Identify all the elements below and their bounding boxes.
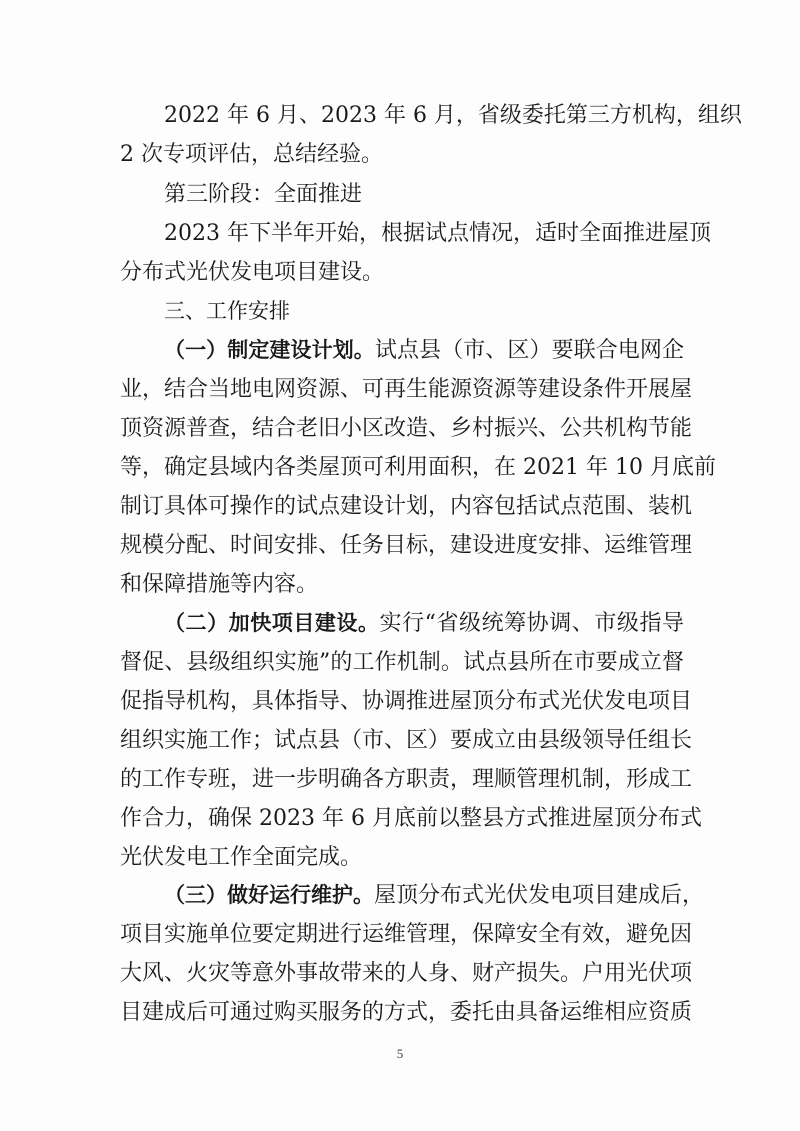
line-text: 2 次专项评估，总结经验。: [120, 142, 383, 167]
paragraph-line: 业，结合当地电网资源、可再生能源资源等建设条件开展屋: [120, 370, 684, 409]
subsection-title: （一）制定建设计划。: [164, 338, 375, 362]
paragraph-line: 大风、火灾等意外事故带来的人身、财产损失。户用光伏项: [120, 954, 684, 993]
paragraph-line: 目建成后可通过购买服务的方式，委托由具备运维相应资质: [120, 993, 684, 1032]
line-text: 屋顶分布式光伏发电项目建成后，: [374, 883, 704, 908]
line-text: 等，确定县域内各类屋顶可利用面积，在 2021 年 10 月底前: [120, 455, 716, 480]
line-text: 2022 年 6 月、2023 年 6 月，省级委托第三方机构，组织: [164, 103, 742, 128]
paragraph-line: 2023 年下半年开始，根据试点情况，适时全面推进屋顶: [164, 214, 684, 253]
line-text: 促指导机构，具体指导、协调推进屋顶分布式光伏发电项目: [120, 689, 692, 714]
line-text: 督促、县级组织实施”的工作机制。试点县所在市要成立督: [120, 650, 684, 675]
paragraph-line: 分布式光伏发电项目建设。: [120, 253, 684, 292]
paragraph-line: 促指导机构，具体指导、协调推进屋顶分布式光伏发电项目: [120, 682, 684, 721]
line-text: 项目实施单位要定期进行运维管理，保障安全有效，避免因: [120, 922, 692, 947]
line-text: 作合力，确保 2023 年 6 月底前以整县方式推进屋顶分布式: [120, 806, 702, 831]
line-text: 分布式光伏发电项目建设。: [120, 260, 384, 285]
document-page: 2022 年 6 月、2023 年 6 月，省级委托第三方机构，组织 2 次专项…: [0, 0, 800, 1131]
line-text: 的工作专班，进一步明确各方职责，理顺管理机制，形成工: [120, 767, 692, 792]
line-text: 光伏发电工作全面完成。: [120, 845, 362, 870]
line-text: 实行“省级统筹协调、市级指导: [380, 611, 684, 636]
line-text: 2023 年下半年开始，根据试点情况，适时全面推进屋顶: [164, 221, 711, 246]
line-text: 组织实施工作；试点县（市、区）要成立由县级领导任组长: [120, 728, 692, 753]
paragraph-line: 和保障措施等内容。: [120, 565, 684, 604]
paragraph-line: （三）做好运行维护。屋顶分布式光伏发电项目建成后，: [164, 876, 684, 915]
paragraph-line: 督促、县级组织实施”的工作机制。试点县所在市要成立督: [120, 643, 684, 682]
paragraph-line: 2 次专项评估，总结经验。: [120, 135, 684, 174]
subsection-title: （三）做好运行维护。: [164, 883, 374, 907]
line-text: 目建成后可通过购买服务的方式，委托由具备运维相应资质: [120, 1000, 692, 1025]
paragraph-line: （二）加快项目建设。实行“省级统筹协调、市级指导: [164, 604, 684, 643]
paragraph-line: 2022 年 6 月、2023 年 6 月，省级委托第三方机构，组织: [164, 96, 684, 135]
section-title: 三、工作安排: [164, 299, 290, 323]
paragraph-line: 制订具体可操作的试点建设计划，内容包括试点范围、装机: [120, 487, 684, 526]
line-text: 业，结合当地电网资源、可再生能源资源等建设条件开展屋: [120, 377, 692, 402]
stage-heading: 第三阶段：全面推进: [164, 175, 684, 214]
line-text: 大风、火灾等意外事故带来的人身、财产损失。户用光伏项: [120, 961, 692, 986]
paragraph-line: 项目实施单位要定期进行运维管理，保障安全有效，避免因: [120, 915, 684, 954]
line-text: 和保障措施等内容。: [120, 572, 318, 597]
paragraph-line: 组织实施工作；试点县（市、区）要成立由县级领导任组长: [120, 721, 684, 760]
line-text: 制订具体可操作的试点建设计划，内容包括试点范围、装机: [120, 494, 692, 519]
paragraph-line: 光伏发电工作全面完成。: [120, 838, 684, 877]
line-text: 顶资源普查，结合老旧小区改造、乡村振兴、公共机构节能: [120, 416, 692, 441]
subsection-title: （二）加快项目建设。: [164, 611, 380, 635]
line-text: 试点县（市、区）要联合电网企: [375, 338, 684, 363]
paragraph-line: 规模分配、时间安排、任务目标，建设进度安排、运维管理: [120, 526, 684, 565]
page-number: 5: [0, 1046, 800, 1062]
line-text: 第三阶段：全面推进: [164, 182, 362, 207]
section-heading: 三、工作安排: [164, 292, 684, 331]
paragraph-line: 等，确定县域内各类屋顶可利用面积，在 2021 年 10 月底前: [120, 448, 684, 487]
paragraph-line: 顶资源普查，结合老旧小区改造、乡村振兴、公共机构节能: [120, 409, 684, 448]
paragraph-line: （一）制定建设计划。试点县（市、区）要联合电网企: [164, 331, 684, 370]
line-text: 规模分配、时间安排、任务目标，建设进度安排、运维管理: [120, 533, 692, 558]
paragraph-line: 作合力，确保 2023 年 6 月底前以整县方式推进屋顶分布式: [120, 799, 684, 838]
paragraph-line: 的工作专班，进一步明确各方职责，理顺管理机制，形成工: [120, 760, 684, 799]
